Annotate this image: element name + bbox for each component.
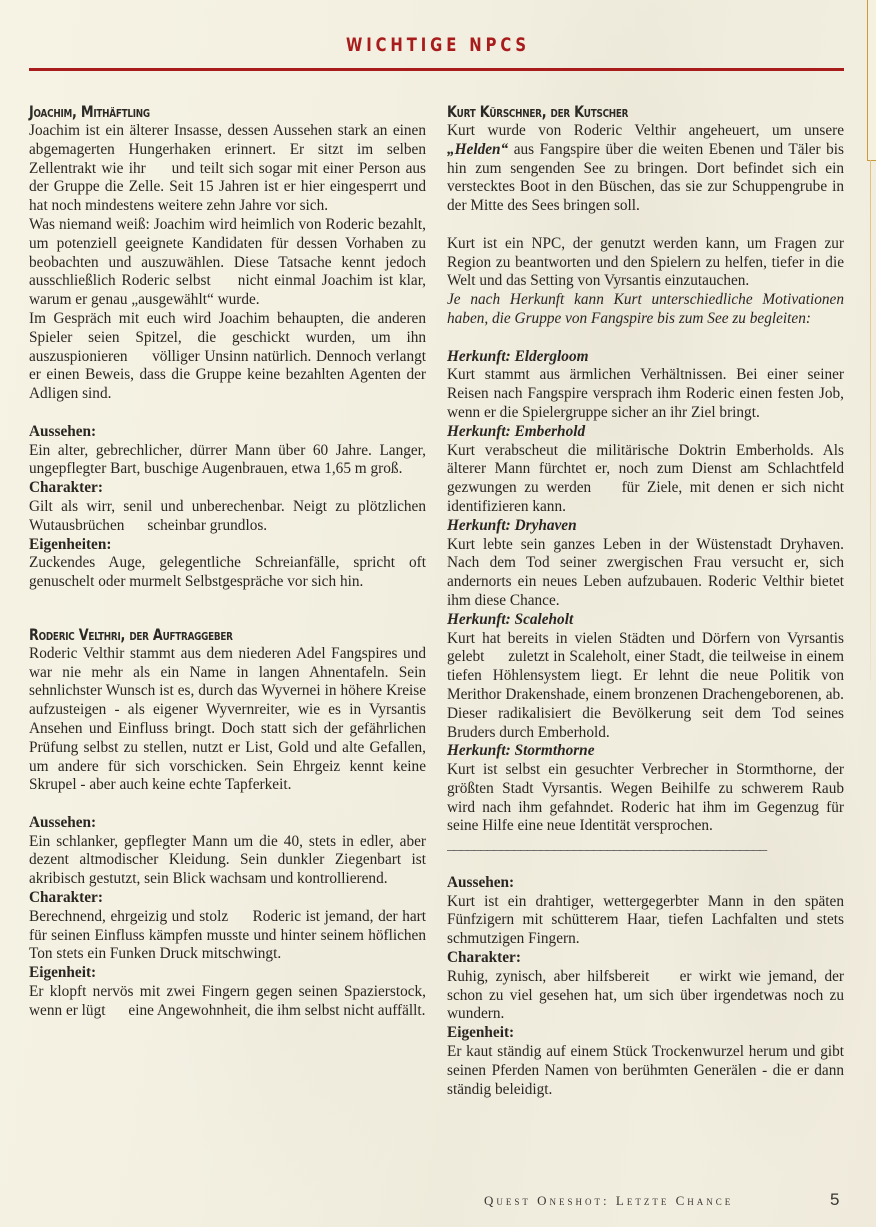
npc-roderic: Roderic Velthri, der Auftraggeber Roderi…: [29, 625, 426, 1021]
trait-label: Aussehen:: [29, 814, 426, 833]
page-edge-tab-decoration: [867, 0, 876, 161]
trait-text: Kurt ist ein drahtiger, wettergegerbter …: [447, 893, 844, 949]
origin-label: Herkunft: Dryhaven: [447, 517, 844, 536]
paragraph: Im Gespräch mit euch wird Joachim behaup…: [29, 310, 426, 404]
trait-label: Aussehen:: [29, 423, 426, 442]
npc-heading: Roderic Velthri, der Auftraggeber: [29, 625, 347, 645]
trait-label: Eigenheit:: [447, 1024, 844, 1043]
npc-joachim: Joachim, Mithäftling Joachim ist ein ält…: [29, 102, 426, 592]
origin-label: Herkunft: Scaleholt: [447, 611, 844, 630]
trait-text: Ein alter, gebrechlicher, dürrer Mann üb…: [29, 442, 426, 480]
trait-label: Eigenheit:: [29, 964, 426, 983]
paragraph: Roderic Velthir stammt aus dem niederen …: [29, 645, 426, 795]
paragraph: Was niemand weiß: Joachim wird heimlich …: [29, 216, 426, 310]
paragraph: Kurt ist ein NPC, der genutzt werden kan…: [447, 235, 844, 291]
emphasis-helden: „Helden“: [447, 141, 508, 158]
right-column: Kurt Kürschner, der Kutscher Kurt wurde …: [447, 102, 844, 1099]
footer-title: Quest Oneshot: Letzte Chance: [484, 1193, 733, 1209]
paragraph: Joachim ist ein älterer Insasse, dessen …: [29, 122, 426, 216]
npc-heading: Joachim, Mithäftling: [29, 102, 347, 122]
page-number: 5: [830, 1190, 839, 1210]
left-column: Joachim, Mithäftling Joachim ist ein ält…: [29, 102, 426, 1021]
trait-label: Charakter:: [447, 949, 844, 968]
page-title: WICHTIGE NPCS: [96, 34, 779, 56]
trait-label: Eigenheiten:: [29, 536, 426, 555]
npc-kurt: Kurt Kürschner, der Kutscher Kurt wurde …: [447, 102, 844, 1099]
origin-label: Herkunft: Eldergloom: [447, 348, 844, 367]
trait-text: Er kaut ständig auf einem Stück Trockenw…: [447, 1043, 844, 1099]
intro-prefix: Kurt wurde von Roderic Velthir angeheuer…: [447, 122, 844, 139]
origin-label: Herkunft: Emberhold: [447, 423, 844, 442]
trait-text: Zuckendes Auge, gelegentliche Schreianfä…: [29, 554, 426, 592]
page-edge-line-decoration: [870, 160, 871, 680]
title-divider: [29, 68, 844, 71]
origin-text: Kurt stammt aus ärmlichen Verhältnissen.…: [447, 366, 844, 422]
trait-text: Berechnend, ehrgeizig und stolz Roderic …: [29, 908, 426, 964]
npc-heading: Kurt Kürschner, der Kutscher: [447, 102, 765, 122]
trait-text: Ruhig, zynisch, aber hilfsbereit er wirk…: [447, 968, 844, 1024]
origin-label: Herkunft: Stormthorne: [447, 742, 844, 761]
trait-text: Gilt als wirr, senil und unberechenbar. …: [29, 498, 426, 536]
origin-text: Kurt hat bereits in vielen Städten und D…: [447, 630, 844, 743]
motivation-intro: Je nach Herkunft kann Kurt unterschiedli…: [447, 291, 844, 329]
origin-text: Kurt ist selbst ein gesuchter Verbrecher…: [447, 761, 844, 836]
trait-text: Ein schlanker, gepflegter Mann um die 40…: [29, 833, 426, 889]
separator-line: ________________________________________…: [447, 836, 844, 855]
trait-text: Er klopft nervös mit zwei Fingern gegen …: [29, 983, 426, 1021]
paragraph: Kurt wurde von Roderic Velthir angeheuer…: [447, 122, 844, 216]
origin-text: Kurt verabscheut die militärische Doktri…: [447, 442, 844, 517]
trait-label: Charakter:: [29, 889, 426, 908]
trait-label: Charakter:: [29, 479, 426, 498]
origin-text: Kurt lebte sein ganzes Leben in der Wüst…: [447, 536, 844, 611]
trait-label: Aussehen:: [447, 874, 844, 893]
